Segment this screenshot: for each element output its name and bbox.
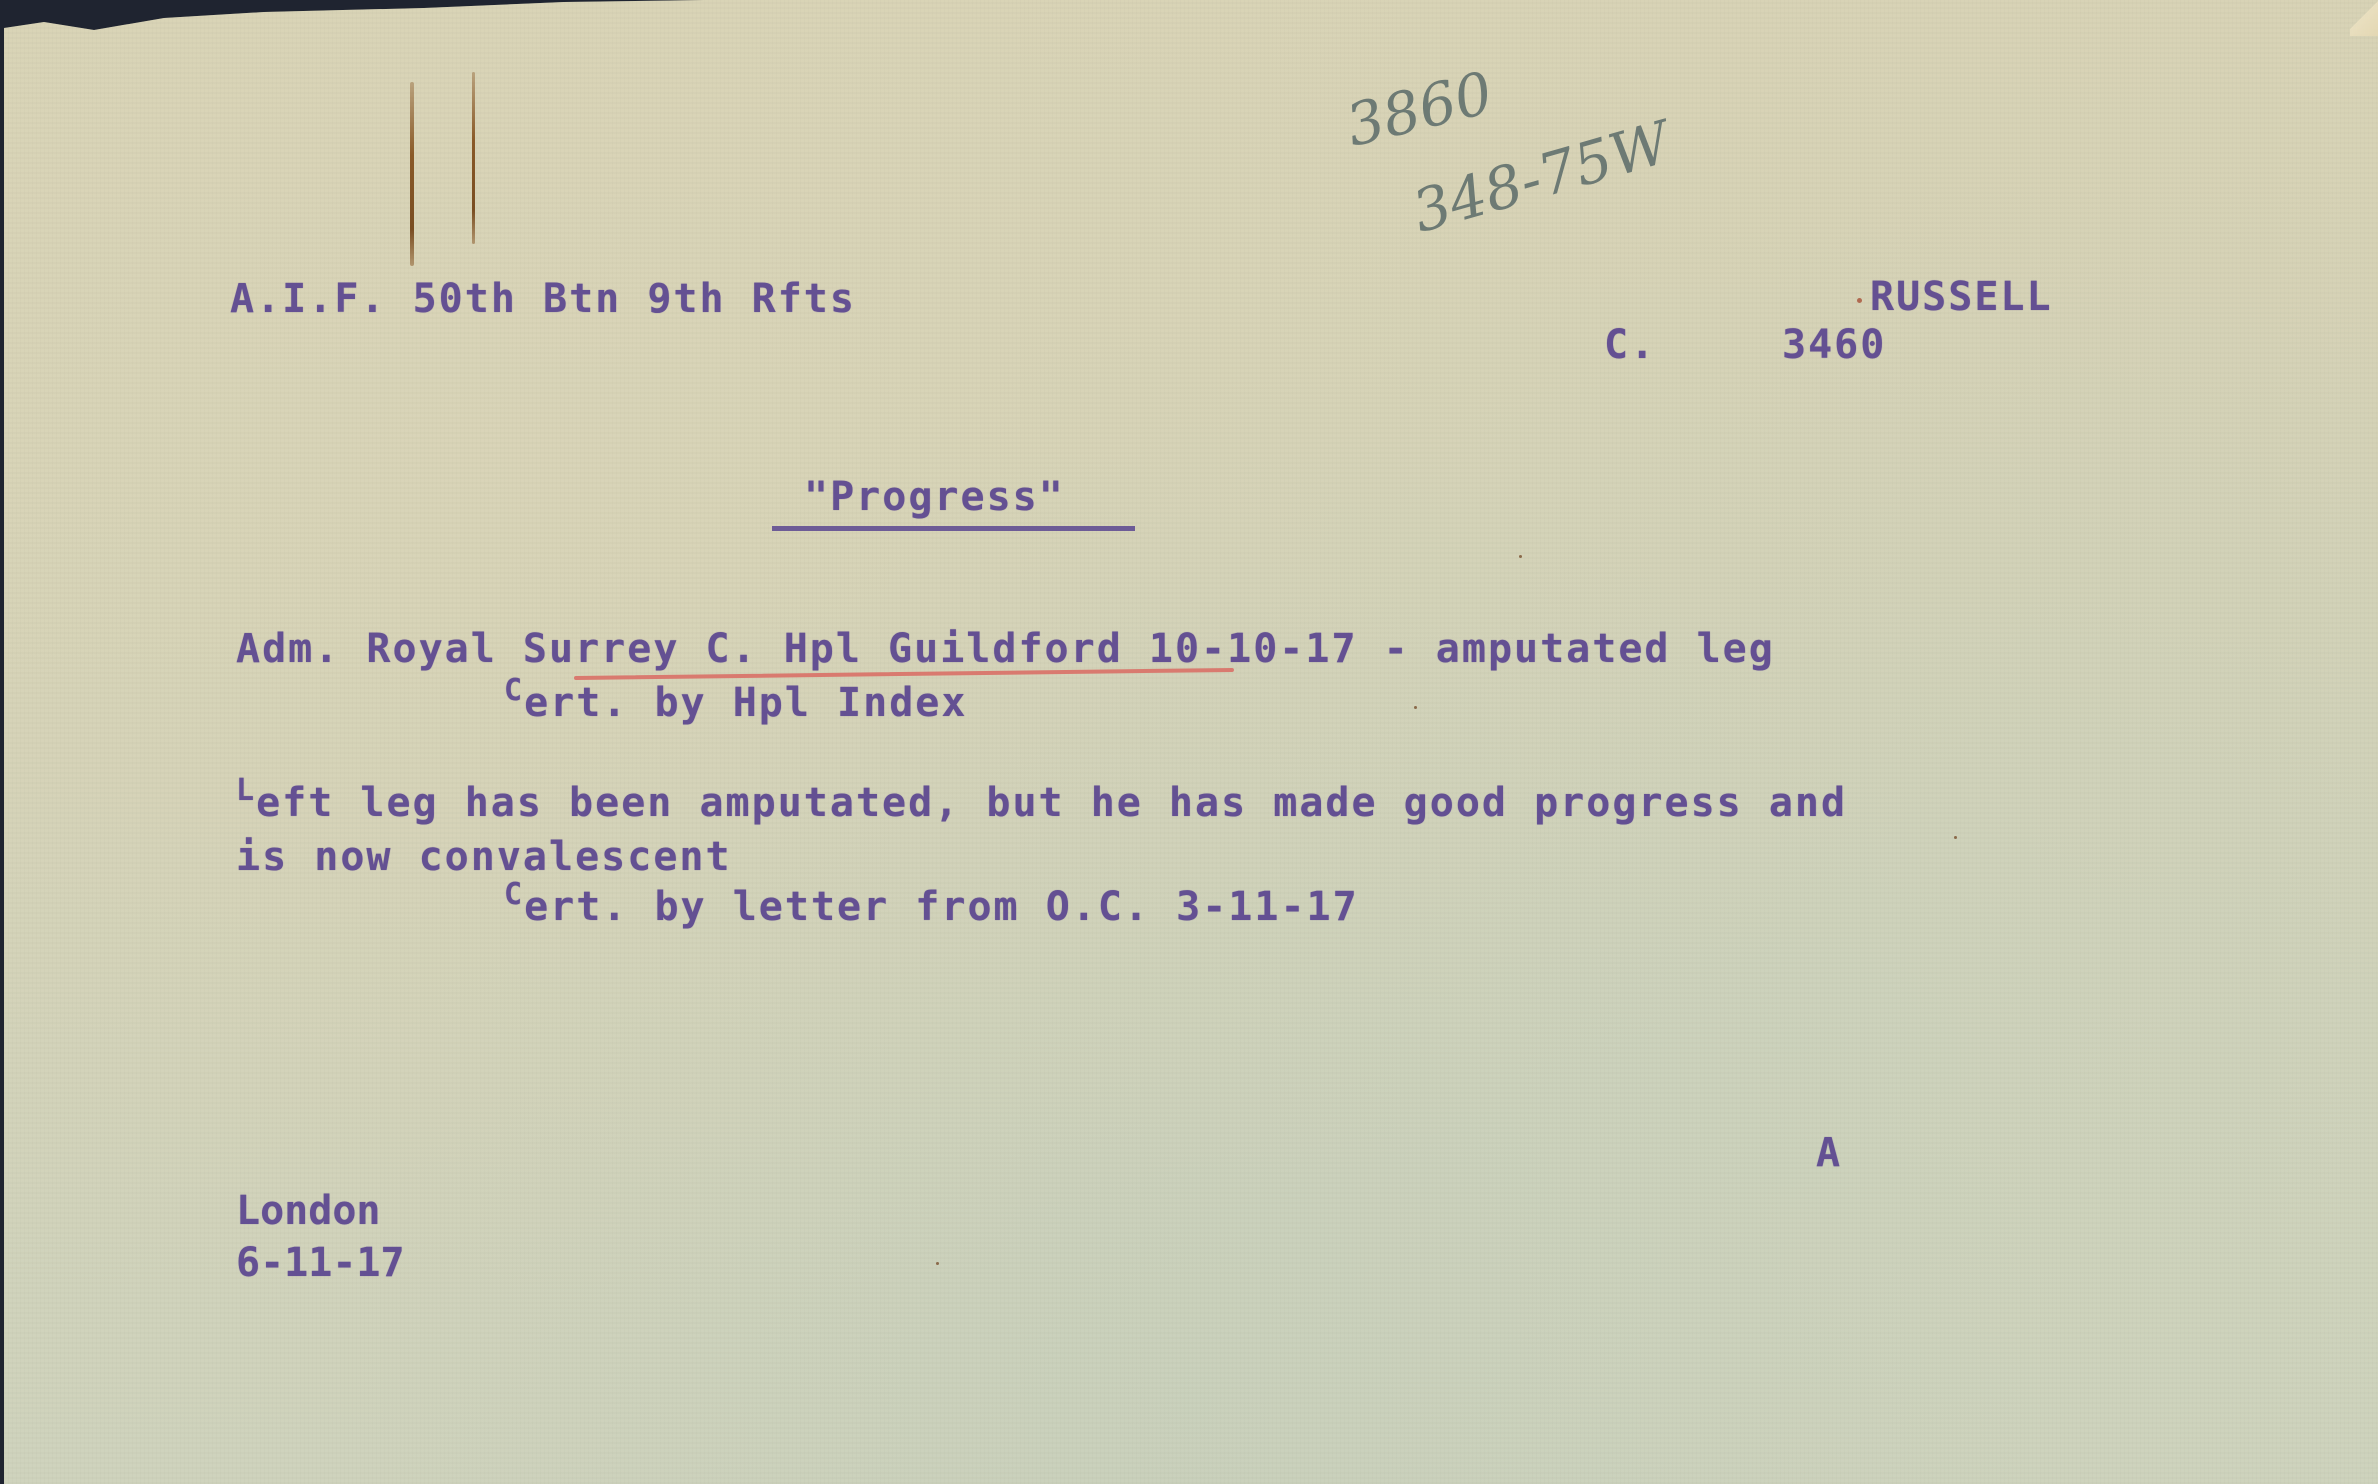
service-number: 3460 <box>1782 322 1886 368</box>
heading-underline <box>772 526 1135 531</box>
pin-mark-left <box>410 82 414 266</box>
footer-date: 6-11-17 <box>236 1240 405 1286</box>
admission-line: Adm. Royal Surrey C. Hpl Guildford 10-10… <box>236 626 1775 672</box>
mark-a: A <box>1816 1130 1842 1176</box>
cert-cap-2: C <box>504 877 524 912</box>
speck <box>1414 706 1417 709</box>
handwritten-number-top: 3860 <box>1340 58 1500 160</box>
certified-by-letter-line: Cert. by letter from O.C. 3-11-17 <box>504 884 1359 930</box>
cert-rest: ert. by Hpl Index <box>524 680 967 726</box>
heading-progress: "Progress" <box>804 474 1065 520</box>
cert-cap: C <box>504 673 524 708</box>
speck <box>1954 836 1957 839</box>
left-cap: L <box>236 773 256 808</box>
initial: C. <box>1604 322 1656 368</box>
unit-line: A.I.F. 50th Btn 9th Rfts <box>230 276 856 322</box>
surname: RUSSELL <box>1870 274 2053 320</box>
progress-line-1: Left leg has been amputated, but he has … <box>236 780 1847 826</box>
speck <box>1519 555 1522 558</box>
corner-fold <box>2350 0 2378 36</box>
red-dot <box>1857 298 1862 303</box>
record-card: 3860 348-75W A.I.F. 50th Btn 9th Rfts RU… <box>4 0 2378 1484</box>
footer-place: London <box>236 1188 381 1234</box>
speck <box>936 1262 939 1265</box>
cert-letter-rest: ert. by letter from O.C. 3-11-17 <box>524 884 1359 930</box>
certified-by-index-line: Cert. by Hpl Index <box>504 680 967 726</box>
pin-mark-right <box>472 72 475 244</box>
progress-line-2: is now convalescent <box>236 834 732 880</box>
progress-line-1-rest: eft leg has been amputated, but he has m… <box>256 780 1847 826</box>
